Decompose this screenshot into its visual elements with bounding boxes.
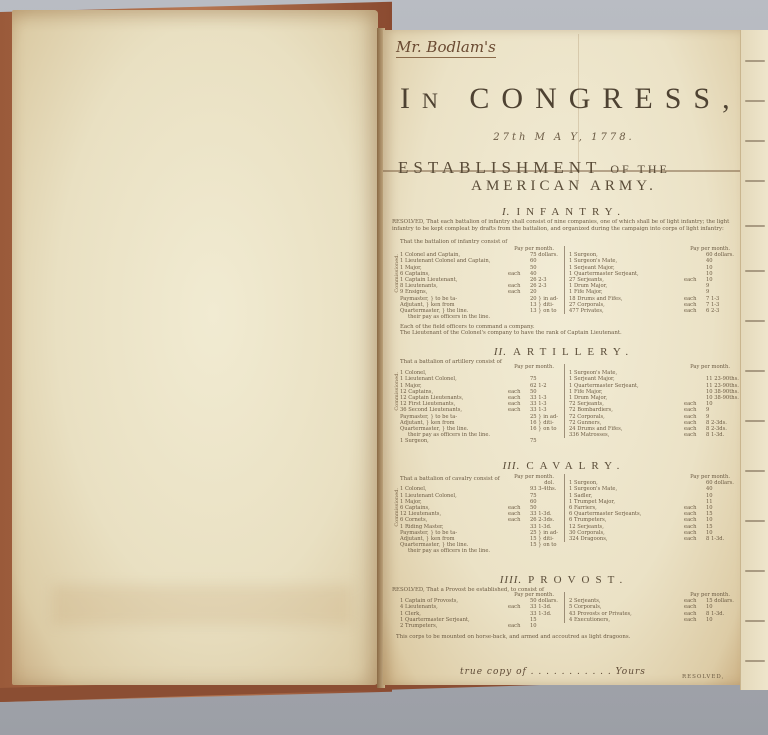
section-heading-infantry: I.INFANTRY.	[392, 206, 736, 218]
section-heading-artillery: II.ARTILLERY.	[392, 346, 736, 358]
table-row: their pay as officers in the line.	[400, 548, 560, 554]
catchword: RESOLVED,	[682, 674, 724, 680]
infantry-table: Pay per month. Commissioned. 1 Colonel a…	[392, 246, 736, 318]
owner-signature: Mr. Bodlam's	[396, 38, 496, 58]
table-row: 2 Trumpeters,each10	[400, 623, 560, 629]
handwritten-note: true copy of . . . . . . . . . . . Yours	[460, 667, 646, 677]
section-heading-cavalry: III.CAVALRY.	[392, 460, 736, 472]
provost-note: This corps to be mounted on horse-back, …	[396, 634, 740, 641]
title-american-army: AMERICAN ARMY.	[392, 178, 736, 195]
table-row: 324 Dragoons,each8 1-3d.	[569, 536, 736, 542]
infantry-sub-intro: That the battalion of infantry consist o…	[400, 239, 744, 246]
page-stain	[52, 585, 352, 625]
date-line: 27th M A Y, 1778.	[392, 132, 736, 143]
section-heading-provost: IIII.PROVOST.	[392, 574, 736, 586]
infantry-note: The Lieutenant of the Colonel's company …	[400, 330, 744, 337]
table-row: 336 Matrosses,each8 1-3d.	[569, 432, 736, 438]
table-row: 1 Surgeon,75	[400, 438, 560, 444]
artillery-table: Pay per month. Commissioned. 1 Colonel, …	[392, 364, 736, 446]
table-row: their pay as officers in the line.	[400, 314, 560, 320]
blank-left-page	[12, 10, 378, 685]
open-book: Mr. Bodlam's IN CONGRESS, 27th M A Y, 17…	[0, 0, 768, 735]
table-row: 4 Executioners,each10	[569, 617, 736, 623]
table-row: 477 Privates,each6 2-3	[569, 308, 736, 314]
next-page-edge	[740, 30, 768, 690]
provost-table: Pay per month. 1 Captain of Provosts,50 …	[392, 592, 736, 632]
title-in-congress: IN CONGRESS,	[400, 82, 740, 116]
title-establishment: ESTABLISHMENT OF THE	[398, 158, 742, 178]
cavalry-table: Pay per month. dol. Commissioned. 1 Colo…	[392, 474, 736, 554]
infantry-resolution: RESOLVED, That each battalion of infantr…	[392, 219, 736, 232]
